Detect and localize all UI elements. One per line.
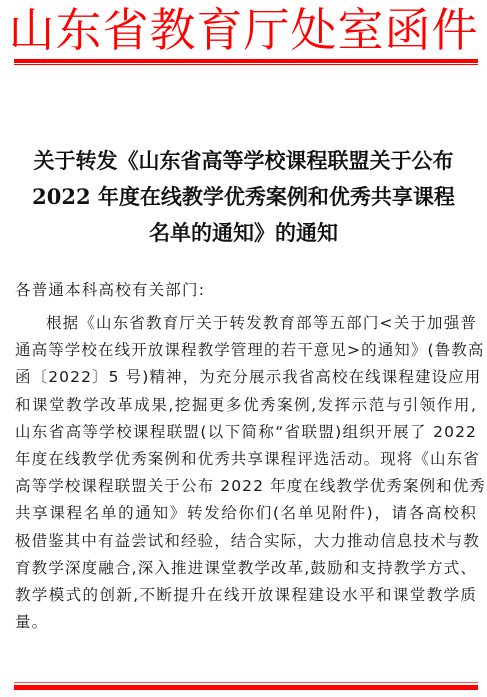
footer-divider-thick xyxy=(14,685,478,690)
document-masthead: 山东省教育厅处室函件 xyxy=(0,4,487,56)
title-line: 关于转发《山东省高等学校课程联盟关于公布 xyxy=(10,143,477,179)
paragraph-line: 函〔2022〕5 号)精神，为充分展示我省高校在线课程建设应用 xyxy=(15,364,477,391)
paragraph-line: 年度在线教学优秀案例和优秀共享课程评选活动。现将《山东省 xyxy=(15,446,477,473)
footer-divider-thin xyxy=(14,682,478,683)
paragraph-line: 量。 xyxy=(15,609,477,636)
title-line: 名单的通知》的通知 xyxy=(10,215,477,251)
paragraph-line: 高等学校课程联盟关于公布 2022 年度在线教学优秀案例和优秀 xyxy=(15,473,477,500)
document-title: 关于转发《山东省高等学校课程联盟关于公布 2022 年度在线教学优秀案例和优秀共… xyxy=(10,143,477,251)
paragraph-line: 通高等学校在线开放课程教学管理的若干意见>的通知》(鲁教高 xyxy=(15,337,477,364)
paragraph-line: 和课堂教学改革成果,挖掘更多优秀案例,发挥示范与引领作用, xyxy=(15,392,477,419)
paragraph-line: 育教学深度融合,深入推进课堂教学改革,鼓励和支持教学方式、 xyxy=(15,555,477,582)
title-line: 2022 年度在线教学优秀案例和优秀共享课程 xyxy=(10,179,477,215)
salutation: 各普通本科高校有关部门: xyxy=(15,280,205,300)
paragraph-line: 根据《山东省教育厅关于转发教育部等五部门<关于加强普 xyxy=(15,310,477,337)
body-paragraph: 根据《山东省教育厅关于转发教育部等五部门<关于加强普 通高等学校在线开放课程教学… xyxy=(15,310,477,636)
paragraph-line: 共享课程名单的通知》转发给你们(名单见附件)，请各高校积 xyxy=(15,500,477,527)
masthead-divider-thin xyxy=(14,64,478,65)
masthead-divider-thick xyxy=(14,59,478,63)
paragraph-line: 山东省高等学校课程联盟(以下简称“省联盟)组织开展了 2022 xyxy=(15,419,477,446)
paragraph-line: 教学模式的创新,不断提升在线开放课程建设水平和课堂教学质 xyxy=(15,582,477,609)
paragraph-line: 极借鉴其中有益尝试和经验，结合实际，大力推动信息技术与教 xyxy=(15,528,477,555)
